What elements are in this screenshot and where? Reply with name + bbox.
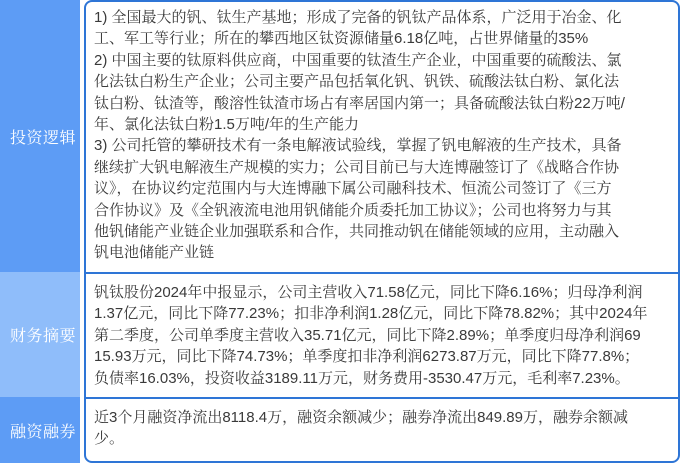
text-line: 少。	[94, 428, 672, 449]
text-line: 他钒储能产业链企业加强联系和合作，共同推动钒在储能领域的应用，主动融入	[94, 221, 672, 242]
section-label: 投资逻辑	[10, 125, 76, 148]
text-line: 2) 中国主要的钛原料供应商，中国重要的钛渣生产企业，中国重要的硫酸法、氯	[94, 50, 672, 71]
text-line: 钒电池储能产业链	[94, 242, 672, 263]
text-line: 继续扩大钒电解液生产规模的实力；公司目前已与大连博融签订了《战略合作协	[94, 157, 672, 178]
sidebar: 投资逻辑 财务摘要 融资融券	[0, 0, 80, 463]
stock-analysis-card: 投资逻辑 财务摘要 融资融券 1) 全国最大的钒、钛生产基地；形成了完备的钒钛产…	[0, 0, 680, 463]
section-label: 财务摘要	[10, 323, 76, 346]
text-line: 化法钛白粉生产企业；公司主要产品包括氧化钒、钒铁、硫酸法钛白粉、氯化法	[94, 71, 672, 92]
sidebar-label-investment-logic: 投资逻辑	[0, 0, 80, 272]
text-line: 钒钛股份2024年中报显示，公司主营收入71.58亿元，同比下降6.16%；归母…	[94, 282, 672, 303]
text-line: 合作协议》及《全钒液流电池用钒储能介质委托加工协议》；公司也将努力与其	[94, 200, 672, 221]
text-line: 议》，在协议约定范围内与大连博融下属公司融科技术、恒流公司签订了《三方	[94, 178, 672, 199]
text-line: 15.93万元，同比下降74.73%；单季度扣非净利润6273.87万元，同比下…	[94, 346, 672, 367]
section-investment-logic: 1) 全国最大的钒、钛生产基地；形成了完备的钒钛产品体系，广泛用于冶金、化工、军…	[86, 2, 678, 272]
sidebar-label-financial-summary: 财务摘要	[0, 272, 80, 397]
text-line: 年、氯化法钛白粉1.5万吨/年的生产能力	[94, 114, 672, 135]
text-line: 1) 全国最大的钒、钛生产基地；形成了完备的钒钛产品体系，广泛用于冶金、化	[94, 7, 672, 28]
sidebar-label-margin-trading: 融资融券	[0, 397, 80, 463]
text-line: 工、军工等行业；所在的攀西地区钛资源储量6.18亿吨，占世界储量的35%	[94, 28, 672, 49]
text-line: 1.37亿元，同比下降77.23%；扣非净利润1.28亿元，同比下降78.82%…	[94, 303, 672, 324]
text-line: 3) 公司托管的攀研技术有一条电解液试验线，掌握了钒电解液的生产技术，具备	[94, 135, 672, 156]
section-financial-summary: 钒钛股份2024年中报显示，公司主营收入71.58亿元，同比下降6.16%；归母…	[86, 272, 678, 397]
text-line: 钛白粉、钛渣等，酸溶性钛渣市场占有率居国内第一；具备硫酸法钛白粉22万吨/	[94, 93, 672, 114]
section-label: 融资融券	[10, 419, 76, 442]
text-line: 负债率16.03%，投资收益3189.11万元，财务费用-3530.47万元，毛…	[94, 368, 672, 389]
content-panel: 1) 全国最大的钒、钛生产基地；形成了完备的钒钛产品体系，广泛用于冶金、化工、军…	[84, 0, 680, 463]
text-line: 近3个月融资净流出8118.4万，融资余额减少；融券净流出849.89万，融券余…	[94, 407, 672, 428]
section-margin-trading: 近3个月融资净流出8118.4万，融资余额减少；融券净流出849.89万，融券余…	[86, 397, 678, 461]
text-line: 第二季度，公司单季度主营收入35.71亿元，同比下降2.89%；单季度归母净利润…	[94, 325, 672, 346]
